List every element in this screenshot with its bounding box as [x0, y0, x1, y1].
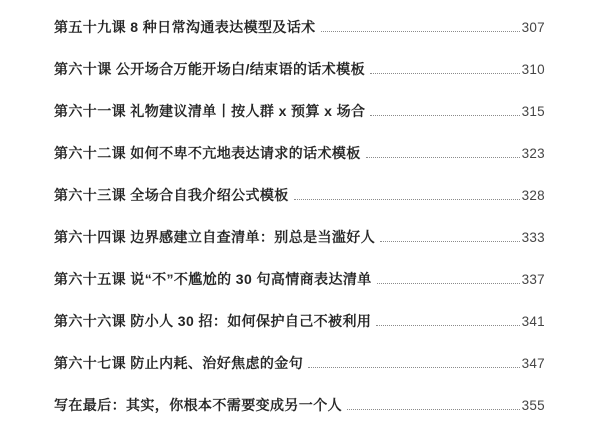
- toc-entry-page: 341: [522, 313, 545, 330]
- dot-leader: [370, 73, 520, 74]
- dot-leader: [377, 283, 520, 284]
- dot-leader: [366, 157, 520, 158]
- toc-entry-page: 328: [522, 187, 545, 204]
- toc-entry-page: 323: [522, 145, 545, 162]
- dot-leader: [347, 409, 520, 410]
- dot-leader: [380, 241, 519, 242]
- toc-entry-title: 第六十二课 如何不卑不亢地表达请求的话术模板: [54, 145, 361, 162]
- toc-entry[interactable]: 第六十三课 全场合自我介绍公式模板 328: [54, 187, 545, 204]
- toc-entry-title: 第六十一课 礼物建议清单丨按人群 x 预算 x 场合: [54, 103, 365, 120]
- toc-entry-title: 写在最后：其实，你根本不需要变成另一个人: [54, 397, 342, 414]
- dot-leader: [308, 367, 519, 368]
- toc-entry[interactable]: 第六十四课 边界感建立自查清单：别总是当滥好人 333: [54, 229, 545, 246]
- toc-entry-title: 第六十六课 防小人 30 招：如何保护自己不被利用: [54, 313, 371, 330]
- dot-leader: [370, 115, 519, 116]
- toc-entry[interactable]: 第六十五课 说“不”不尴尬的 30 句高情商表达清单 337: [54, 271, 545, 288]
- toc-entry[interactable]: 第六十七课 防止内耗、治好焦虑的金句 347: [54, 355, 545, 372]
- toc-entry-title: 第五十九课 8 种日常沟通表达模型及话术: [54, 19, 316, 36]
- toc-entry[interactable]: 第六十一课 礼物建议清单丨按人群 x 预算 x 场合 315: [54, 103, 545, 120]
- toc-entry-page: 307: [522, 19, 545, 36]
- toc-entry[interactable]: 写在最后：其实，你根本不需要变成另一个人 355: [54, 397, 545, 414]
- toc-entry-title: 第六十五课 说“不”不尴尬的 30 句高情商表达清单: [54, 271, 372, 288]
- toc-entry[interactable]: 第六十课 公开场合万能开场白/结束语的话术模板 310: [54, 61, 545, 78]
- toc-entry-title: 第六十四课 边界感建立自查清单：别总是当滥好人: [54, 229, 375, 246]
- toc-entry-page: 355: [522, 397, 545, 414]
- toc-page: 第五十九课 8 种日常沟通表达模型及话术 307 第六十课 公开场合万能开场白/…: [0, 0, 590, 437]
- toc-entry-title: 第六十课 公开场合万能开场白/结束语的话术模板: [54, 61, 365, 78]
- dot-leader: [376, 325, 519, 326]
- toc-entry[interactable]: 第六十六课 防小人 30 招：如何保护自己不被利用 341: [54, 313, 545, 330]
- dot-leader: [294, 199, 520, 200]
- toc-entry-page: 337: [522, 271, 545, 288]
- toc-entry-page: 310: [522, 61, 545, 78]
- toc-entry-page: 315: [522, 103, 545, 120]
- toc-entry-title: 第六十三课 全场合自我介绍公式模板: [54, 187, 289, 204]
- toc-entry[interactable]: 第六十二课 如何不卑不亢地表达请求的话术模板 323: [54, 145, 545, 162]
- dot-leader: [321, 31, 520, 32]
- toc-entry-page: 347: [522, 355, 545, 372]
- toc-entry-title: 第六十七课 防止内耗、治好焦虑的金句: [54, 355, 303, 372]
- toc-entry[interactable]: 第五十九课 8 种日常沟通表达模型及话术 307: [54, 19, 545, 36]
- toc-entry-page: 333: [522, 229, 545, 246]
